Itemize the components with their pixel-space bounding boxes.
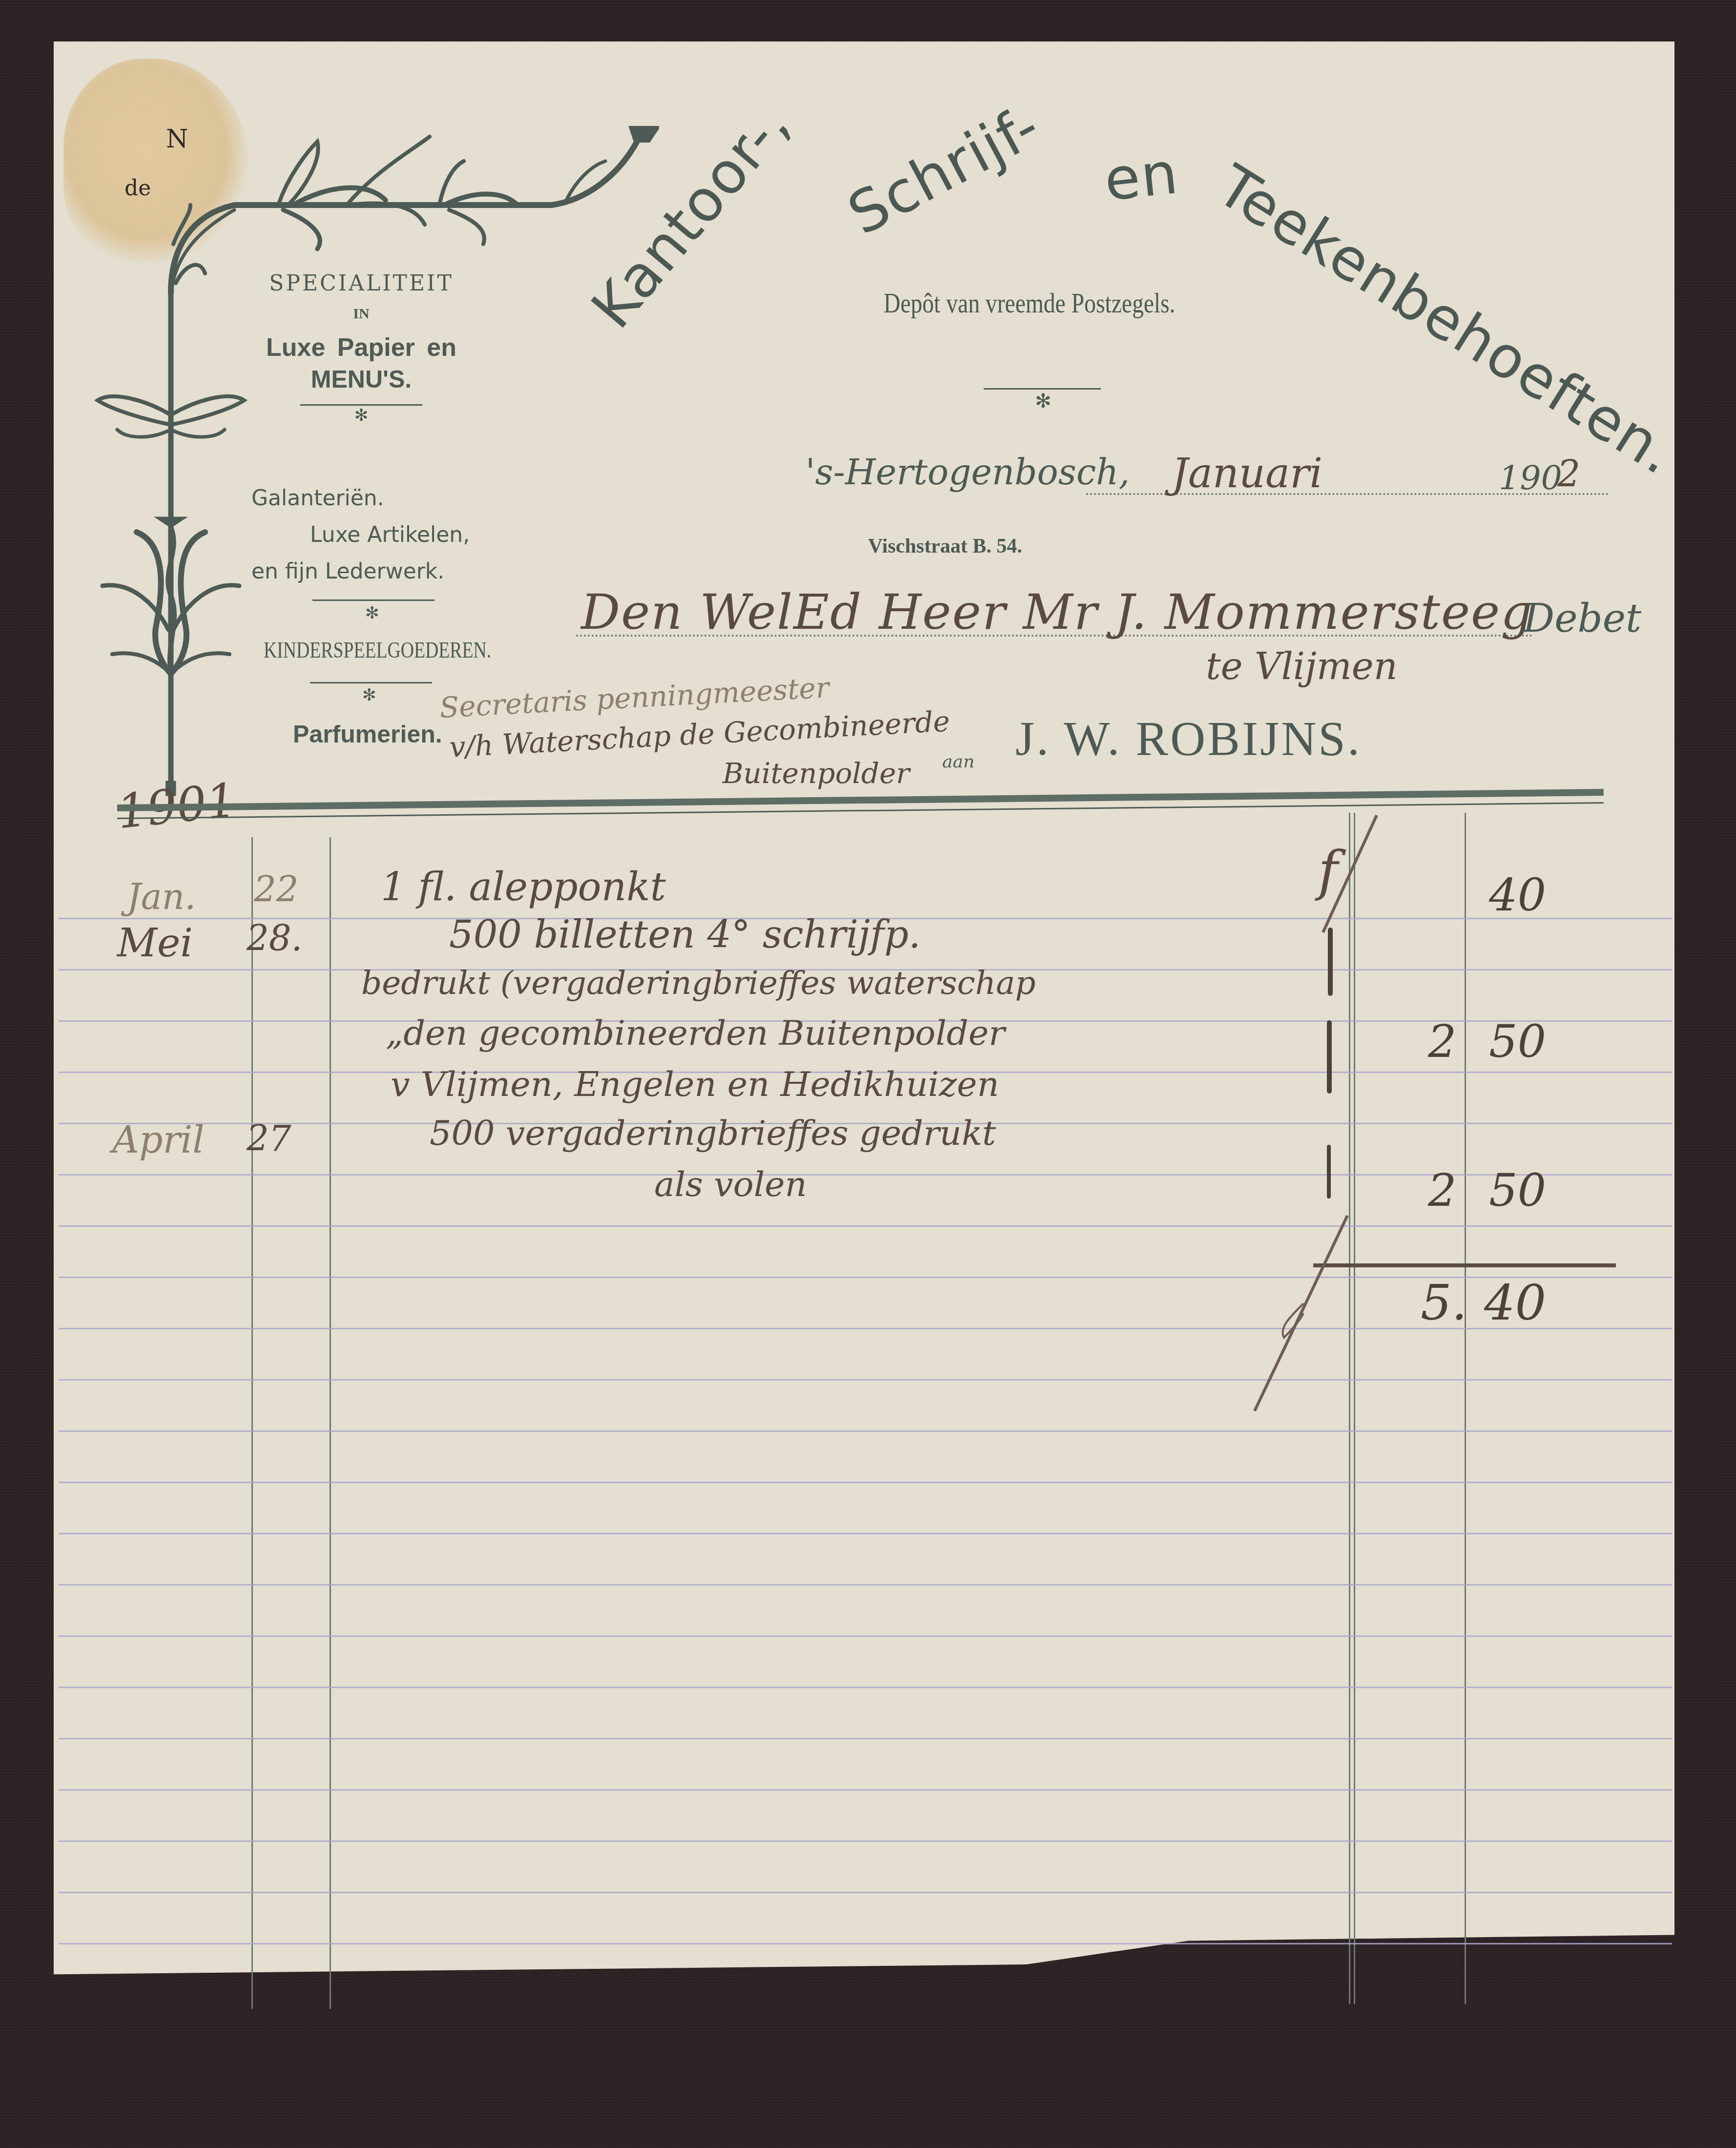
entry-guilders: 2	[1428, 1164, 1457, 1217]
ruled-line	[59, 1840, 1672, 1842]
ruled-line	[59, 1430, 1672, 1432]
ruled-line	[59, 1533, 1672, 1534]
date-year-handwritten: 2	[1557, 453, 1580, 495]
bracket-mark	[1328, 928, 1333, 996]
entry-cents: 40	[1489, 869, 1546, 921]
entry-description: „den gecombineerden Buitenpolder	[386, 1013, 1005, 1053]
merchant-name: J. W. ROBIJNS.	[1015, 710, 1362, 766]
entry-month: Mei	[117, 920, 193, 966]
parfumerien-label: Parfumerien.	[293, 720, 442, 748]
ruled-line	[59, 1635, 1672, 1637]
divider-ornament-icon: ✻	[239, 406, 483, 425]
aan-label: aan	[942, 752, 974, 772]
date-year-printed: 190	[1499, 459, 1562, 497]
total-underline	[1313, 1263, 1616, 1267]
entry-description: v Vlijmen, Engelen en Hedikhuizen	[391, 1064, 999, 1104]
total-slash-icon	[1245, 1211, 1352, 1416]
divider-ornament-icon: ✻	[365, 603, 379, 623]
column-line-day	[330, 837, 331, 2009]
in-label: IN	[239, 306, 483, 322]
menus-label: MENU'S.	[239, 365, 483, 393]
entry-day: 22	[254, 869, 299, 910]
entry-description: 500 vergaderingbrieffes gedrukt	[430, 1113, 996, 1153]
addressee-line-2: te Vlijmen	[1206, 644, 1398, 688]
date-month: Januari	[1172, 449, 1323, 497]
ruled-line	[59, 1687, 1672, 1688]
entry-month: Jan.	[127, 876, 196, 917]
bracket-mark	[1327, 1020, 1332, 1094]
ruled-line	[59, 1482, 1672, 1483]
divider	[310, 682, 432, 683]
kinderspeelgoederen-label: KINDERSPEELGOEDEREN.	[264, 637, 491, 663]
luxe-artikelen-label: Luxe Artikelen,	[310, 522, 470, 547]
ruled-line	[59, 1943, 1672, 1944]
column-line-month	[251, 837, 253, 2009]
ruled-line	[59, 1225, 1672, 1227]
column-line-currency-b	[1354, 813, 1355, 2004]
entry-day: 27	[247, 1118, 291, 1159]
entry-cents: 50	[1489, 1164, 1546, 1217]
debet-label: Debet	[1523, 596, 1641, 641]
ruled-line	[59, 1892, 1672, 1893]
lederwerk-label: en fijn Lederwerk.	[251, 559, 444, 584]
divider-ornament-icon: ✻	[362, 685, 376, 705]
entry-month: April	[112, 1118, 204, 1161]
title-word-en: en	[1101, 139, 1182, 214]
addressee-line-5: Buitenpolder	[723, 757, 909, 790]
column-line-cents	[1465, 813, 1466, 2004]
entry-description: 500 billetten 4° schrijfp.	[449, 913, 921, 957]
entry-cents: 50	[1489, 1015, 1546, 1068]
ruled-line	[59, 1379, 1672, 1381]
city-label: 's-Hertogenbosch,	[806, 452, 1130, 493]
ruled-line	[59, 1584, 1672, 1586]
currency-slash-icon	[1313, 810, 1382, 937]
ruled-line	[59, 1789, 1672, 1791]
addressee-line-1: Den WelEd Heer Mr J. Mommersteeg	[581, 583, 1533, 640]
letterhead-sidebar: SPECIALITEIT IN Luxe Papier en MENU'S. ✻	[239, 271, 483, 425]
galanterien-label: Galanteriën.	[251, 486, 384, 511]
divider-ornament-icon: ✻	[1035, 390, 1052, 413]
subtitle-postzegels: Depôt van vreemde Postzegels.	[884, 288, 1175, 319]
total-cents: 40	[1484, 1274, 1546, 1331]
entry-description: 1 fl. alepponkt	[381, 864, 666, 909]
bracket-mark	[1327, 1145, 1331, 1198]
divider	[312, 599, 434, 601]
ruled-line	[59, 1738, 1672, 1739]
total-guilders: 5.	[1421, 1274, 1467, 1331]
entry-day: 28.	[247, 918, 303, 959]
luxe-papier-label: Luxe Papier en	[239, 333, 483, 362]
specialiteit-label: SPECIALITEIT	[239, 271, 483, 296]
street-address: Vischstraat B. 54.	[868, 535, 1022, 558]
entry-description: als volen	[654, 1164, 807, 1204]
entry-guilders: 2	[1428, 1015, 1457, 1068]
entry-description: bedrukt (vergaderingbrieffes waterschap	[361, 964, 1036, 1002]
